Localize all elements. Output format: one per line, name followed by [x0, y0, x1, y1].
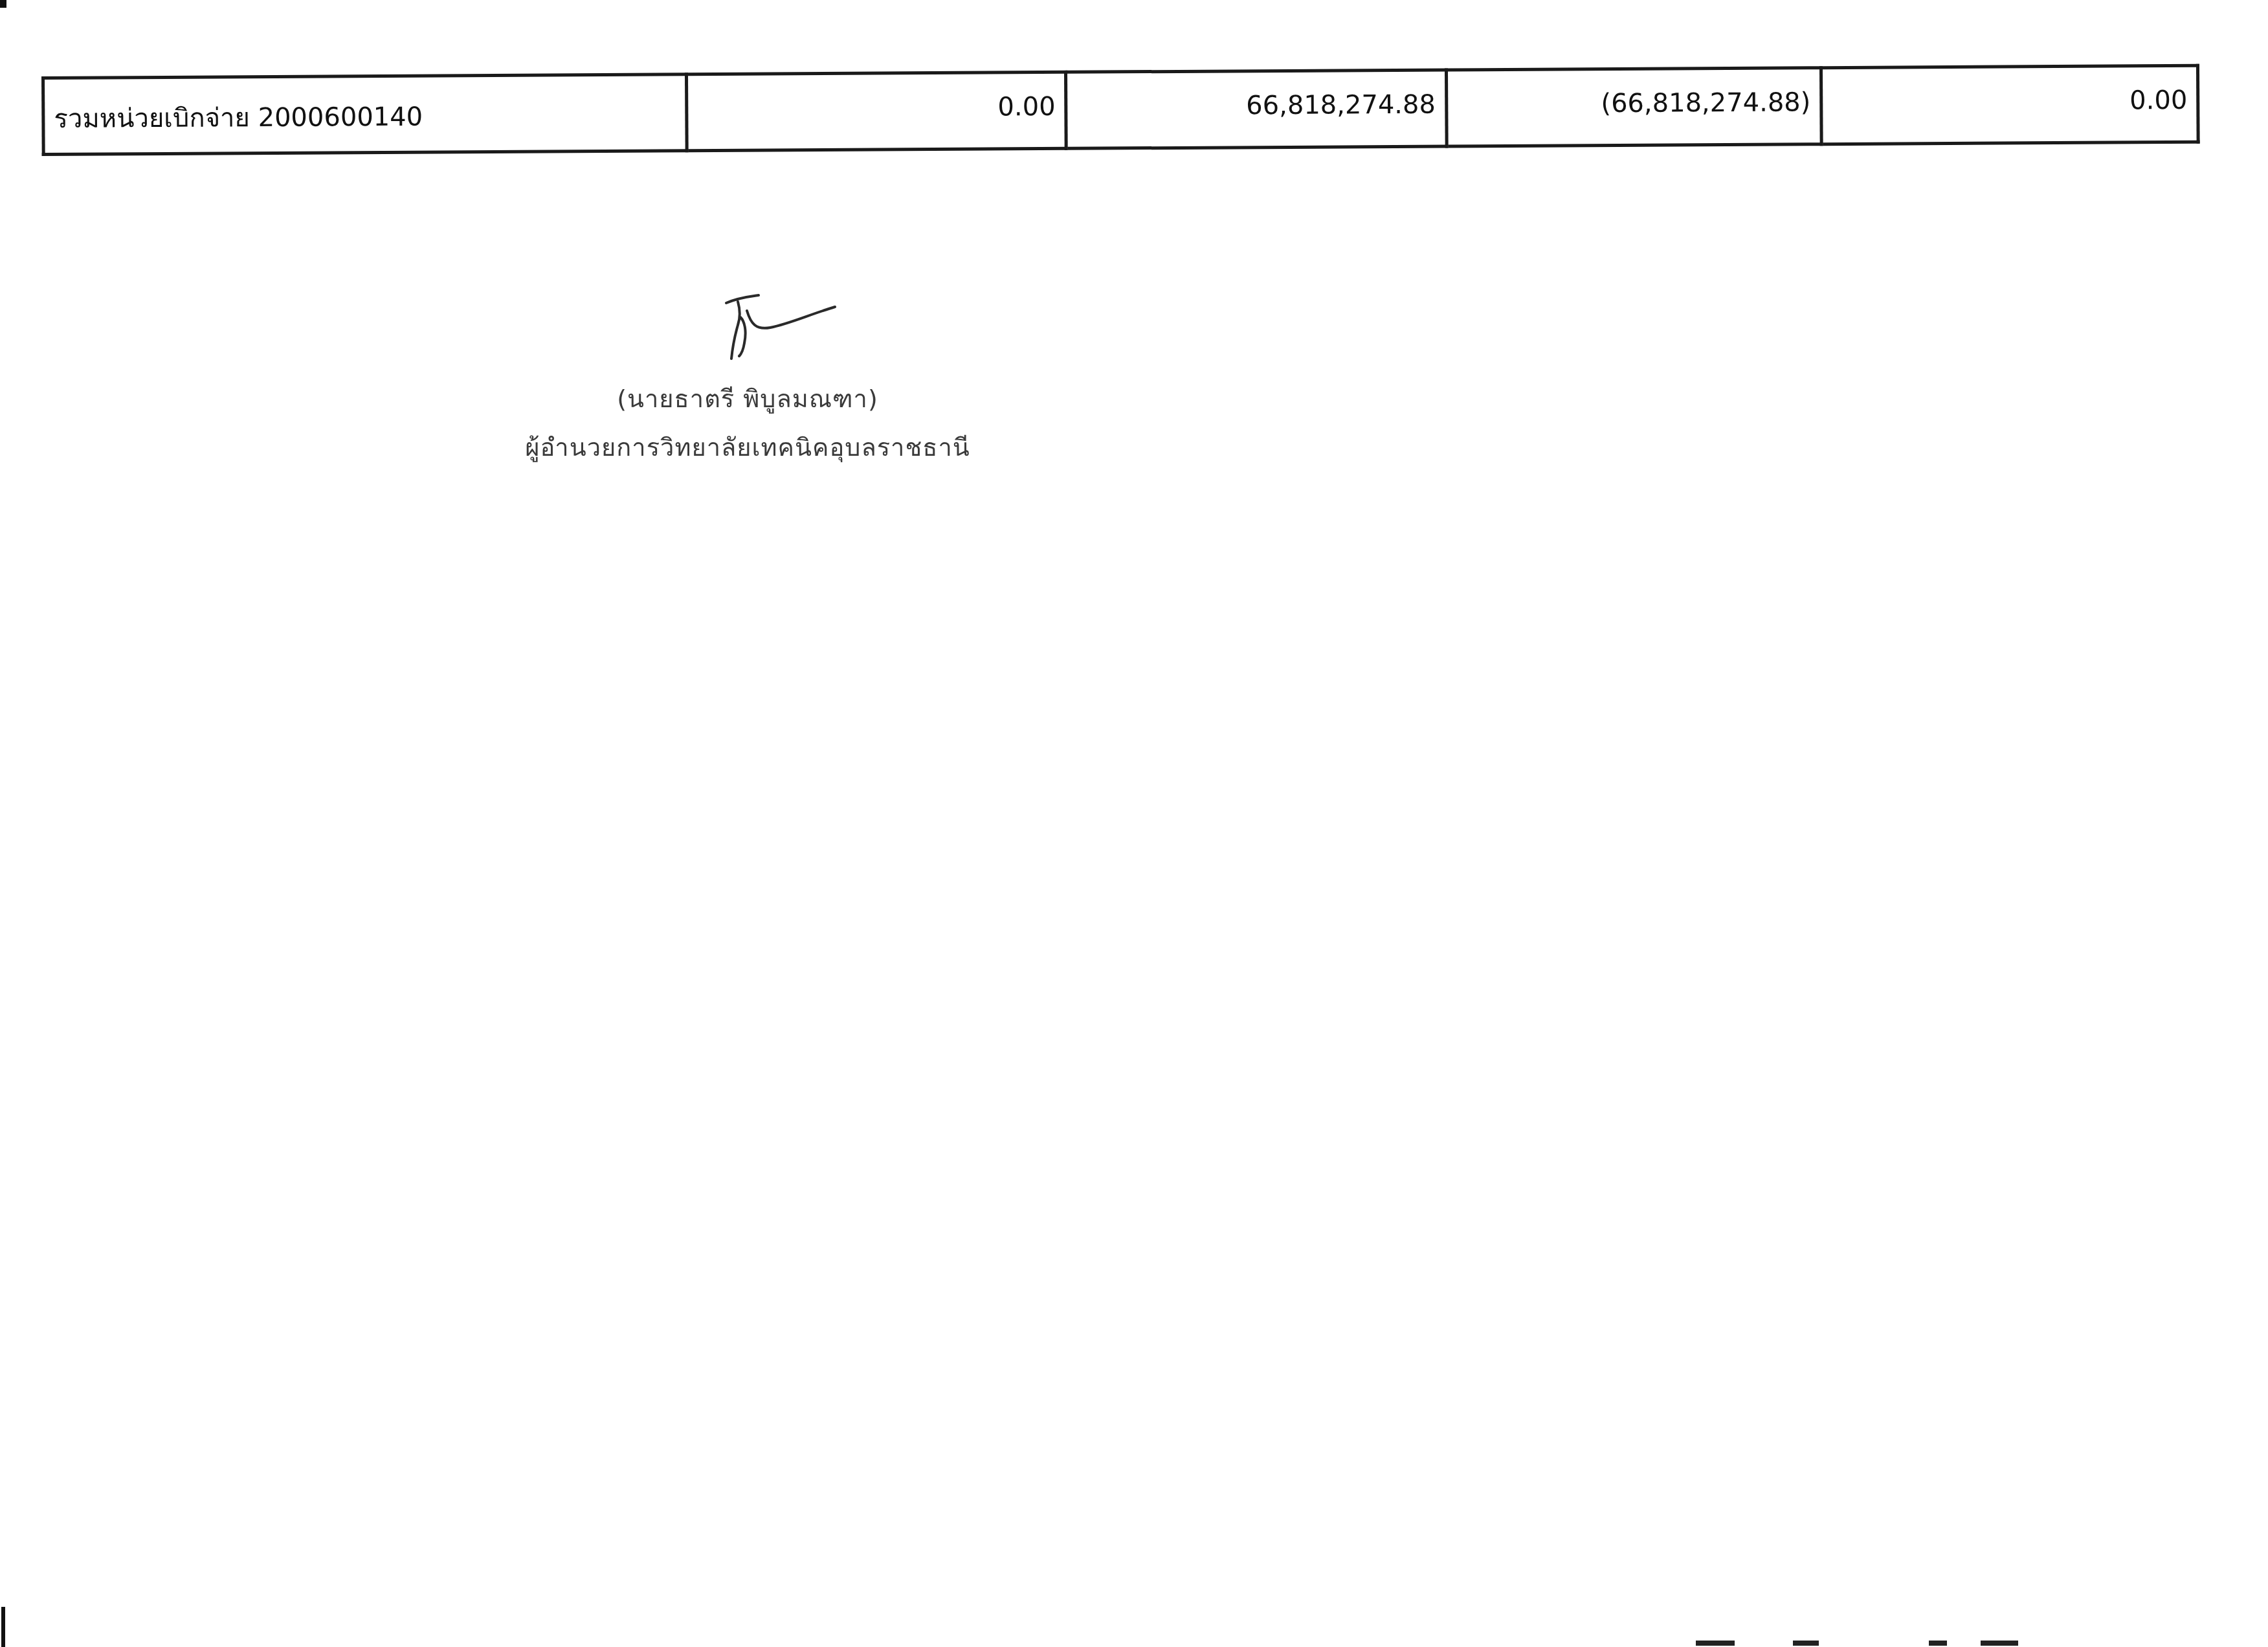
scan-artifact-bottom	[1793, 1641, 1819, 1646]
scan-artifact-bottom-left	[1, 1607, 5, 1647]
signature-icon	[718, 291, 841, 363]
value-cell: (66,818,274.88)	[1446, 68, 1821, 146]
scan-artifact-bottom	[1981, 1641, 2018, 1646]
signer-name: (นายธาตรี พิบูลมณฑา)	[492, 379, 1003, 418]
value-cell: 0.00	[687, 72, 1067, 150]
disbursement-summary-table: รวมหน่วยเบิกจ่าย 2000600140 0.00 66,818,…	[41, 64, 2200, 156]
signer-title: ผู้อำนวยการวิทยาลัยเทคนิคอุบลราชธานี	[492, 427, 1003, 467]
row-label-cell: รวมหน่วยเบิกจ่าย 2000600140	[43, 74, 687, 155]
scan-artifact-top-left	[0, 0, 6, 8]
value-cell: 0.00	[1821, 65, 2199, 144]
table-row: รวมหน่วยเบิกจ่าย 2000600140 0.00 66,818,…	[43, 65, 2199, 154]
scan-artifact-bottom	[1696, 1641, 1735, 1646]
scan-artifact-bottom	[1929, 1641, 1947, 1646]
value-cell: 66,818,274.88	[1066, 70, 1447, 148]
